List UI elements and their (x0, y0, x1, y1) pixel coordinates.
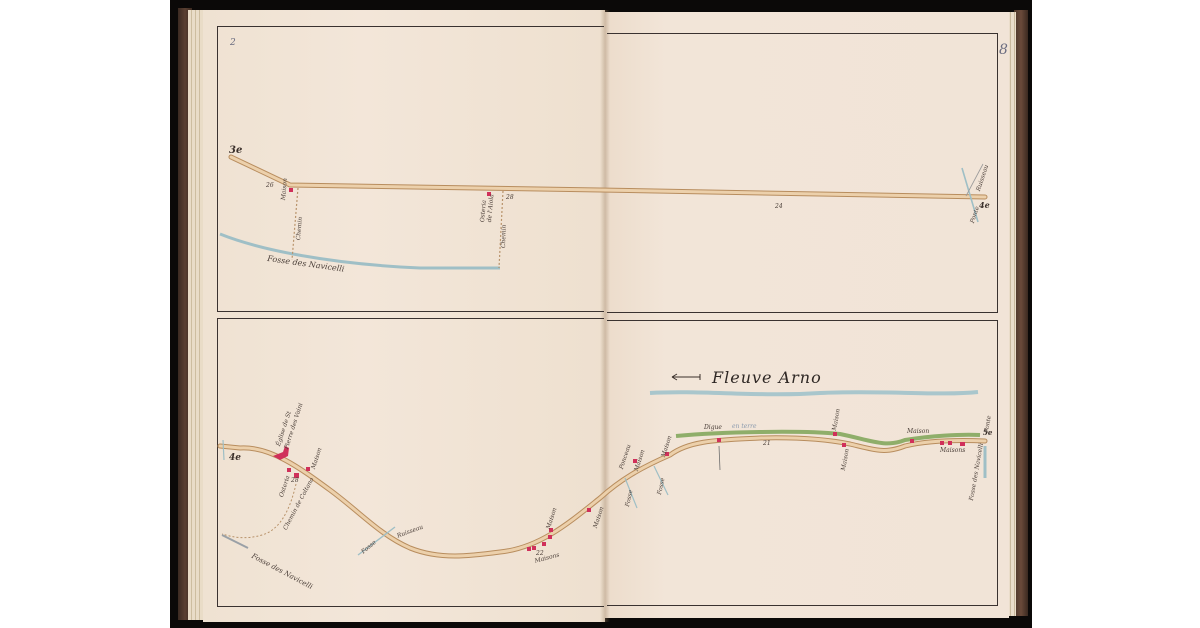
bottom-canal-left (222, 535, 248, 548)
bottom-start-marker: 4e (229, 453, 241, 463)
bottom-maisons-2-label: Maisons (940, 447, 965, 454)
river-flow-arrow (672, 374, 700, 380)
top-km-marker-3: 24 (775, 203, 783, 210)
top-start-marker: 3e (229, 145, 242, 156)
top-canal (220, 234, 500, 268)
top-maison-building (289, 188, 293, 192)
bottom-km-marker-1: 28 (291, 477, 299, 484)
top-end-marker: 4e (979, 200, 990, 210)
top-km-marker-2: 28 (506, 194, 514, 201)
top-km-marker-1: 26 (266, 182, 274, 189)
top-chemin-2-label: Chemin (500, 225, 508, 249)
bottom-end-marker: 5e (983, 428, 992, 437)
bottom-maison-8-label: Maison (907, 428, 929, 435)
bottom-km-marker-2: 22 (536, 550, 544, 557)
river-title: Fleuve Arno (712, 368, 822, 387)
map-drawing (0, 0, 1200, 628)
bottom-start-fosse (223, 440, 224, 460)
digue-label: Digue (704, 424, 722, 431)
en-terre-label: en terre (732, 423, 757, 430)
bottom-km-marker-3: 21 (763, 440, 771, 447)
arno-river (650, 392, 978, 394)
